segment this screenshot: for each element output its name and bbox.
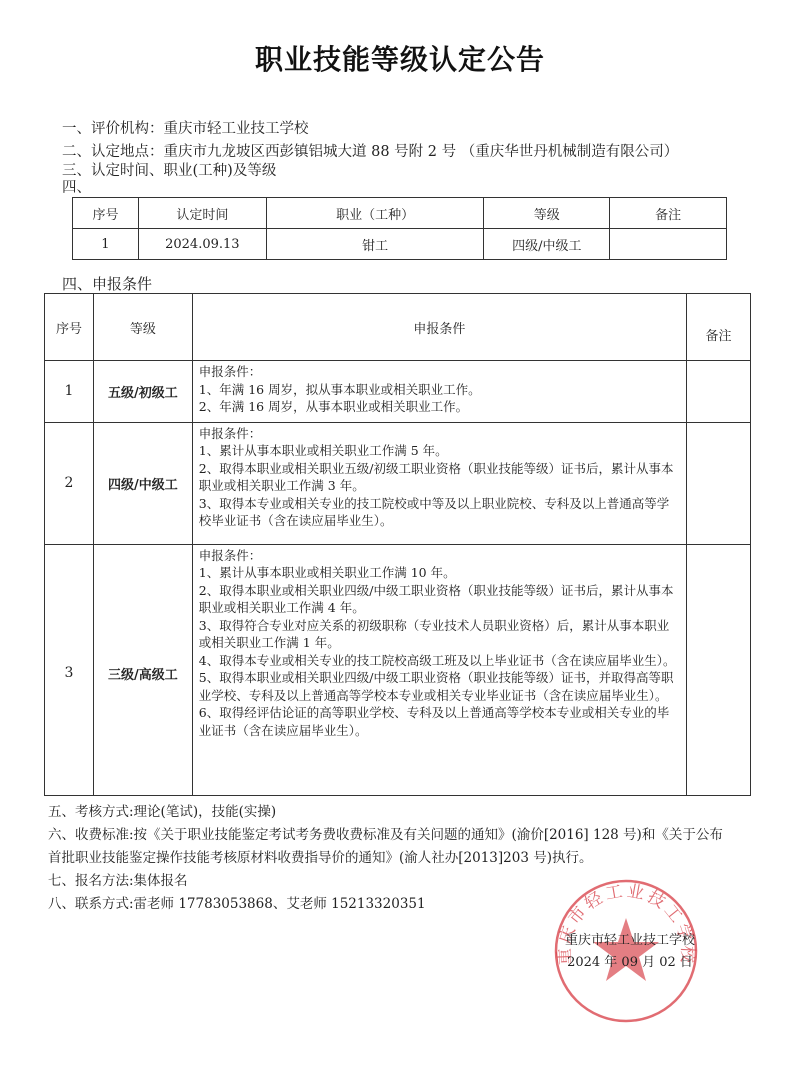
page-title: 职业技能等级认定公告 <box>0 38 800 78</box>
table-header-row: 序号 等级 申报条件 备注 <box>45 294 751 361</box>
table-row: 1 五级/初级工 申报条件： 1、年满 16 周岁，拟从事本职业或相关职业工作。… <box>45 361 751 423</box>
header-cell: 申报条件 <box>192 294 686 361</box>
section-time-occupation: 三、认定时间、职业(工种)及等级 <box>62 159 276 180</box>
cell-number: 3 <box>45 544 94 795</box>
section-location: 二、认定地点：重庆市九龙坡区西彭镇铝城大道 88 号附 2 号 （重庆华世丹机械… <box>62 140 678 161</box>
cell-conditions: 申报条件： 1、累计从事本职业或相关职业工作满 10 年。 2、取得本职业或相关… <box>192 544 686 795</box>
header-cell: 等级 <box>484 198 610 229</box>
header-cell: 等级 <box>93 294 192 361</box>
cell-level: 四级/中级工 <box>484 229 610 260</box>
signature-organization: 重庆市轻工业技工学校 <box>540 929 720 948</box>
cell-note <box>687 361 751 423</box>
signature-date: 2024 年 09 月 02 日 <box>540 951 720 970</box>
section-assessment-method: 五、考核方式:理论(笔试)，技能(实操) <box>48 800 276 820</box>
schedule-table: 序号 认定时间 职业（工种） 等级 备注 1 2024.09.13 钳工 四级/… <box>72 197 727 260</box>
conditions-table: 序号 等级 申报条件 备注 1 五级/初级工 申报条件： 1、年满 16 周岁，… <box>44 293 751 796</box>
header-cell: 职业（工种） <box>266 198 484 229</box>
cell-date: 2024.09.13 <box>138 229 266 260</box>
condition-line: 5、取得本职业或相关职业四级/中级工职业资格（职业技能等级）证书，并取得高等职业… <box>199 669 680 704</box>
cell-note <box>687 544 751 795</box>
cell-level: 四级/中级工 <box>93 422 192 544</box>
cell-conditions: 申报条件： 1、年满 16 周岁，拟从事本职业或相关职业工作。 2、年满 16 … <box>192 361 686 423</box>
condition-line: 1、年满 16 周岁，拟从事本职业或相关职业工作。 <box>199 381 680 399</box>
condition-line: 2、取得本职业或相关职业四级/中级工职业资格（职业技能等级）证书后，累计从事本职… <box>199 582 680 617</box>
condition-line: 1、累计从事本职业或相关职业工作满 5 年。 <box>199 442 680 460</box>
header-cell: 备注 <box>610 198 727 229</box>
header-cell: 序号 <box>45 294 94 361</box>
condition-line: 3、取得符合专业对应关系的初级职称（专业技术人员职业资格）后，累计从事本职业或相… <box>199 617 680 652</box>
cell-conditions: 申报条件： 1、累计从事本职业或相关职业工作满 5 年。 2、取得本职业或相关职… <box>192 422 686 544</box>
section-evaluation-org: 一、评价机构：重庆市轻工业技工学校 <box>62 117 309 138</box>
condition-line: 申报条件： <box>199 547 680 565</box>
condition-line: 2、年满 16 周岁，从事本职业或相关职业工作。 <box>199 398 680 416</box>
section-contact: 八、联系方式:雷老师 17783053868、艾老师 15213320351 <box>48 892 426 912</box>
table-row: 3 三级/高级工 申报条件： 1、累计从事本职业或相关职业工作满 10 年。 2… <box>45 544 751 795</box>
condition-line: 申报条件： <box>199 425 680 443</box>
section-fee-standard: 六、收费标准:按《关于职业技能鉴定考试考务费收费标准及有关问题的通知》(渝价[2… <box>48 823 723 843</box>
cell-number: 1 <box>45 361 94 423</box>
condition-line: 1、累计从事本职业或相关职业工作满 10 年。 <box>199 564 680 582</box>
section-four-label: 四、 <box>62 176 91 197</box>
condition-line: 2、取得本职业或相关职业五级/初级工职业资格（职业技能等级）证书后，累计从事本职… <box>199 460 680 495</box>
section-fee-standard-cont: 首批职业技能鉴定操作技能考核原材料收费指导价的通知》(渝人社办[2013]203… <box>48 846 592 866</box>
cell-level: 五级/初级工 <box>93 361 192 423</box>
table-row: 1 2024.09.13 钳工 四级/中级工 <box>73 229 727 260</box>
header-cell: 认定时间 <box>138 198 266 229</box>
condition-line: 4、取得本专业或相关专业的技工院校高级工班及以上毕业证书（含在读应届毕业生）。 <box>199 652 680 670</box>
cell-level: 三级/高级工 <box>93 544 192 795</box>
header-cell: 序号 <box>73 198 139 229</box>
table-row: 2 四级/中级工 申报条件： 1、累计从事本职业或相关职业工作满 5 年。 2、… <box>45 422 751 544</box>
section-application-conditions: 四、申报条件 <box>62 273 152 294</box>
cell-number: 1 <box>73 229 139 260</box>
cell-note <box>687 422 751 544</box>
cell-occupation: 钳工 <box>266 229 484 260</box>
condition-line: 申报条件： <box>199 363 680 381</box>
table-header-row: 序号 认定时间 职业（工种） 等级 备注 <box>73 198 727 229</box>
condition-line: 6、取得经评估论证的高等职业学校、专科及以上普通高等学校本专业或相关专业的毕业证… <box>199 704 680 739</box>
section-registration-method: 七、报名方法:集体报名 <box>48 869 188 889</box>
condition-line: 3、取得本专业或相关专业的技工院校或中等及以上职业院校、专科及以上普通高等学校毕… <box>199 495 680 530</box>
cell-number: 2 <box>45 422 94 544</box>
cell-note <box>610 229 727 260</box>
header-cell: 备注 <box>687 294 751 361</box>
